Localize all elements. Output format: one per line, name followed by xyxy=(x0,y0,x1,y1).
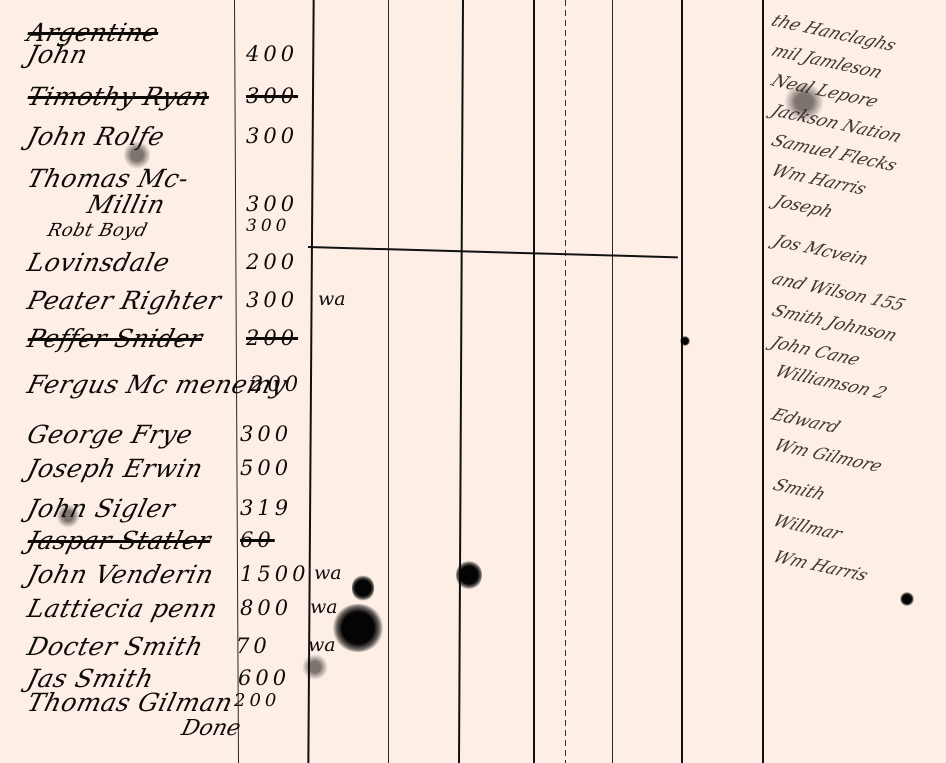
entry-amount: 300 xyxy=(246,124,298,148)
entry-amount: 60 xyxy=(240,528,275,552)
column-rule-5-dotted xyxy=(565,0,566,763)
entry-note: wa xyxy=(308,634,336,656)
entry-name: Peater Righter xyxy=(24,286,224,315)
entry-name: Thomas Gilman xyxy=(24,688,236,717)
ink-blot xyxy=(456,560,482,590)
entry-name: Timothy Ryan xyxy=(24,82,212,111)
ledger-page: Argentine John 400 Timothy Ryan 300 John… xyxy=(0,0,946,763)
column-rule-4 xyxy=(533,0,535,763)
column-rule-7 xyxy=(681,0,683,763)
ink-blot xyxy=(900,592,914,606)
entry-note: wa xyxy=(314,562,342,584)
entry-amount: 319 xyxy=(240,496,292,520)
entry-name: Joseph Erwin xyxy=(24,454,206,483)
entry-note: wa xyxy=(318,288,346,310)
ink-speckle xyxy=(302,654,328,680)
entry-amount: 500 xyxy=(240,456,292,480)
entry-amount: 300 xyxy=(246,192,298,216)
column-rule-2 xyxy=(388,0,389,763)
ink-blot xyxy=(332,604,384,652)
entry-name: Thomas Mc- xyxy=(24,164,191,193)
entry-amount: 300 xyxy=(246,288,298,312)
ink-speckle xyxy=(56,504,80,528)
entry-amount: 300 xyxy=(246,216,290,236)
entry-name: George Frye xyxy=(24,420,195,449)
entry-amount: 400 xyxy=(246,42,298,66)
entry-name: Peffer Snider xyxy=(24,324,205,353)
entry-note: wa xyxy=(310,596,338,618)
column-rule-3 xyxy=(458,0,464,763)
entry-name: Robt Boyd xyxy=(45,220,149,241)
ink-speckle xyxy=(124,140,150,170)
entry-name: John Sigler xyxy=(24,494,178,523)
entry-name: Lovinsdale xyxy=(24,248,173,277)
entry-amount: 70 xyxy=(236,634,271,658)
column-rule-6 xyxy=(612,0,613,763)
ink-dot xyxy=(680,336,690,346)
entry-amount: 200 xyxy=(246,250,298,274)
entry-amount: 200 xyxy=(246,326,298,350)
horizontal-rule xyxy=(308,246,678,258)
entry-amount: 300 xyxy=(240,422,292,446)
entry-amount: 200 xyxy=(234,690,280,711)
entry-name: Lattiecia penn xyxy=(24,594,220,623)
entry-name: Jaspar Statler xyxy=(24,526,214,555)
entry-name: Millin xyxy=(84,190,168,219)
column-rule-8 xyxy=(762,0,764,763)
ledger-footer-done: Done xyxy=(179,716,243,741)
entry-amount: 800 xyxy=(240,596,292,620)
entry-amount: 1500 xyxy=(240,562,309,586)
entry-name: Docter Smith xyxy=(24,632,206,661)
ink-blot xyxy=(352,574,374,602)
entry-name: John Venderin xyxy=(24,560,216,589)
ink-speckle xyxy=(784,82,824,122)
entry-amount: 600 xyxy=(238,666,290,690)
entry-name: John xyxy=(24,40,91,69)
entry-amount: 300 xyxy=(246,84,298,108)
entry-amount: 200 xyxy=(250,372,302,396)
